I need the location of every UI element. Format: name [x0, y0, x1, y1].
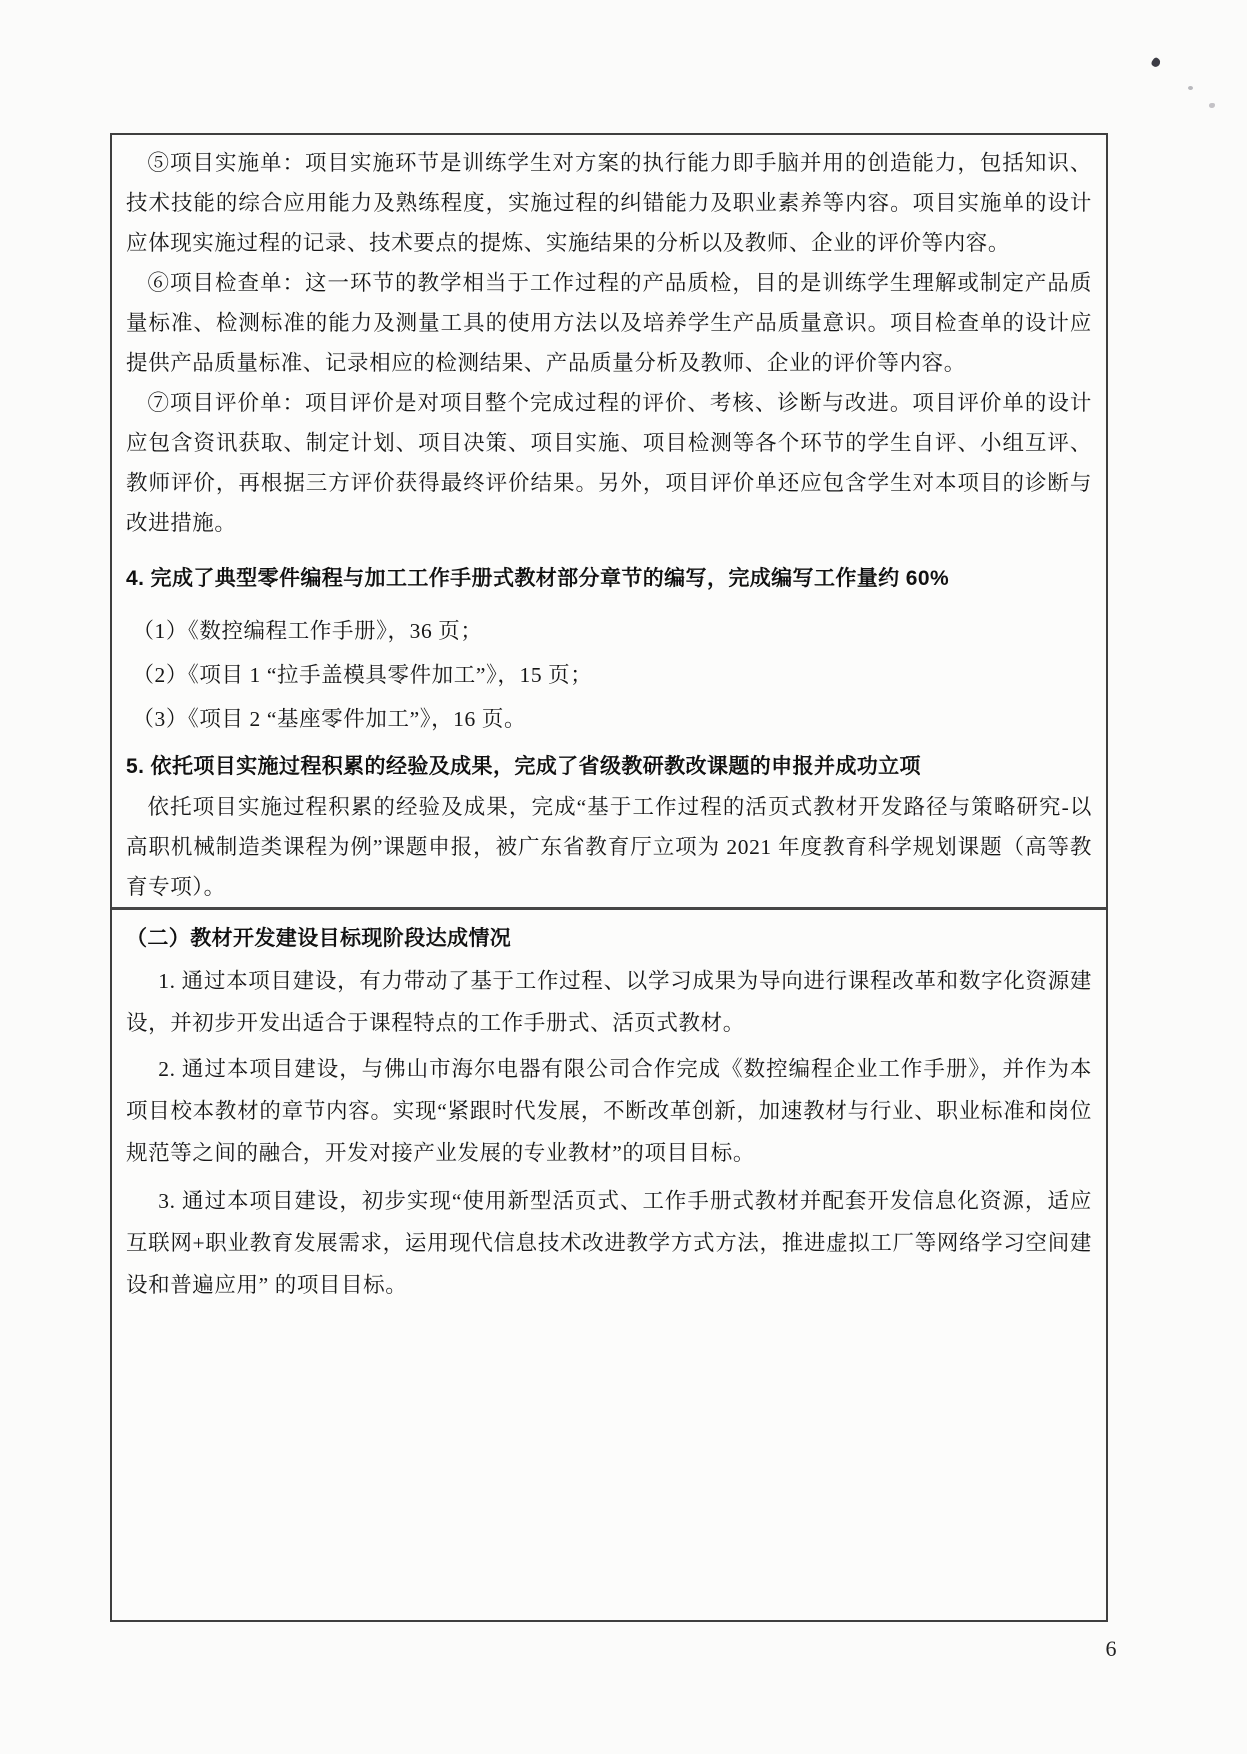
- paragraph-goal-3: 3. 通过本项目建设，初步实现“使用新型活页式、工作手册式教材并配套开发信息化资…: [126, 1180, 1092, 1306]
- heading-achievement-4: 4. 完成了典型零件编程与加工工作手册式教材部分章节的编写，完成编写工作量约 6…: [126, 559, 1092, 599]
- list-item: （3）《项目 2 “基座零件加工”》，16 页。: [126, 697, 1092, 741]
- paragraph-goal-2: 2. 通过本项目建设，与佛山市海尔电器有限公司合作完成《数控编程企业工作手册》，…: [126, 1048, 1092, 1174]
- scan-speck-icon: [1209, 103, 1215, 108]
- document-page: ⑤项目实施单：项目实施环节是训练学生对方案的执行能力即手脑并用的创造能力，包括知…: [0, 0, 1247, 1754]
- scan-speck-icon: [1150, 57, 1162, 69]
- heading-section-two: （二）教材开发建设目标现阶段达成情况: [126, 918, 1092, 960]
- section-goal-attainment: （二）教材开发建设目标现阶段达成情况 1. 通过本项目建设，有力带动了基于工作过…: [112, 910, 1106, 1621]
- heading-achievement-5: 5. 依托项目实施过程积累的经验及成果，完成了省级教研教改课题的申报并成功立项: [126, 747, 1092, 787]
- paragraph-item-7: ⑦项目评价单：项目评价是对项目整个完成过程的评价、考核、诊断与改进。项目评价单的…: [126, 383, 1092, 543]
- report-table-frame: ⑤项目实施单：项目实施环节是训练学生对方案的执行能力即手脑并用的创造能力，包括知…: [110, 133, 1108, 1622]
- list-item: （2）《项目 1 “拉手盖模具零件加工”》，15 页；: [126, 653, 1092, 697]
- section-project-progress: ⑤项目实施单：项目实施环节是训练学生对方案的执行能力即手脑并用的创造能力，包括知…: [112, 135, 1106, 910]
- paragraph-item-5: ⑤项目实施单：项目实施环节是训练学生对方案的执行能力即手脑并用的创造能力，包括知…: [126, 143, 1092, 263]
- manual-chapter-list: （1）《数控编程工作手册》，36 页； （2）《项目 1 “拉手盖模具零件加工”…: [126, 609, 1092, 741]
- page-number: 6: [1096, 1636, 1126, 1662]
- paragraph-research-project: 依托项目实施过程积累的经验及成果，完成“基于工作过程的活页式教材开发路径与策略研…: [126, 787, 1092, 907]
- paragraph-item-6: ⑥项目检查单：这一环节的教学相当于工作过程的产品质检，目的是训练学生理解或制定产…: [126, 263, 1092, 383]
- list-item: （1）《数控编程工作手册》，36 页；: [126, 609, 1092, 653]
- scan-speck-icon: [1188, 86, 1193, 90]
- paragraph-goal-1: 1. 通过本项目建设，有力带动了基于工作过程、以学习成果为导向进行课程改革和数字…: [126, 960, 1092, 1044]
